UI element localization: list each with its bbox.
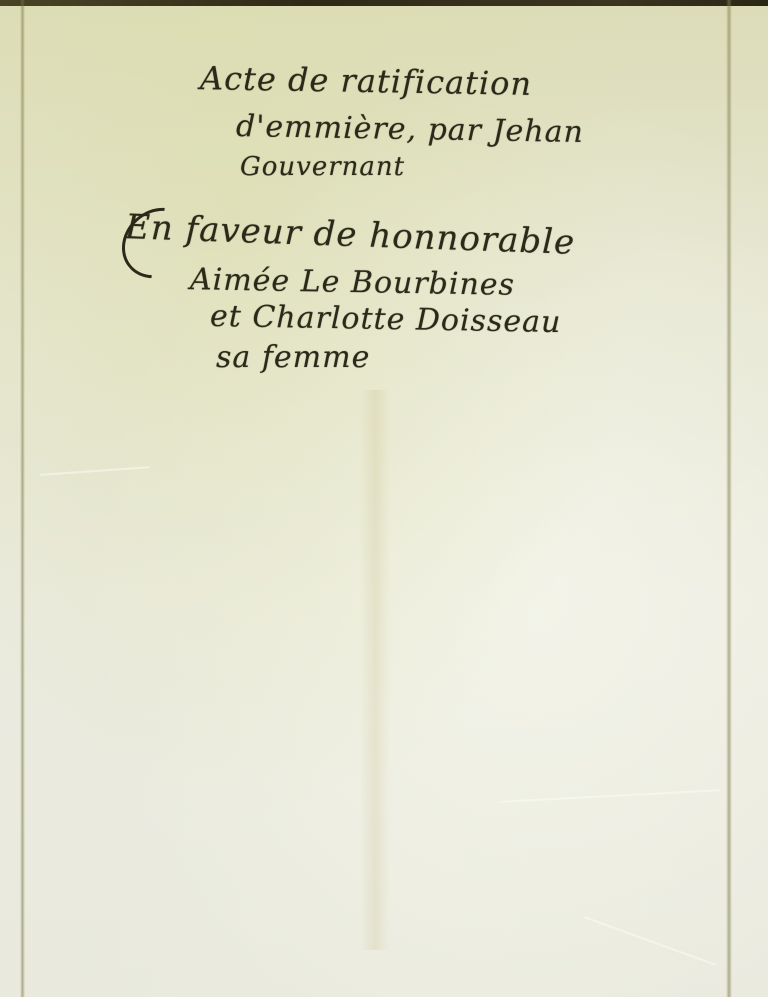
heading-line-3: Gouvernant — [240, 152, 405, 182]
heading-line-1: Acte de ratification — [200, 59, 533, 103]
body-line-3: et Charlotte Doisseau — [210, 299, 562, 340]
body-line-4: sa femme — [216, 340, 370, 375]
heading-line-2: d'emmière, par Jehan — [236, 109, 584, 150]
body-line-2: Aimée Le Bourbines — [190, 262, 516, 303]
body-line-1: En faveur de honnorable — [124, 207, 575, 263]
handwritten-text: Acte de ratification d'emmière, par Jeha… — [0, 0, 768, 997]
